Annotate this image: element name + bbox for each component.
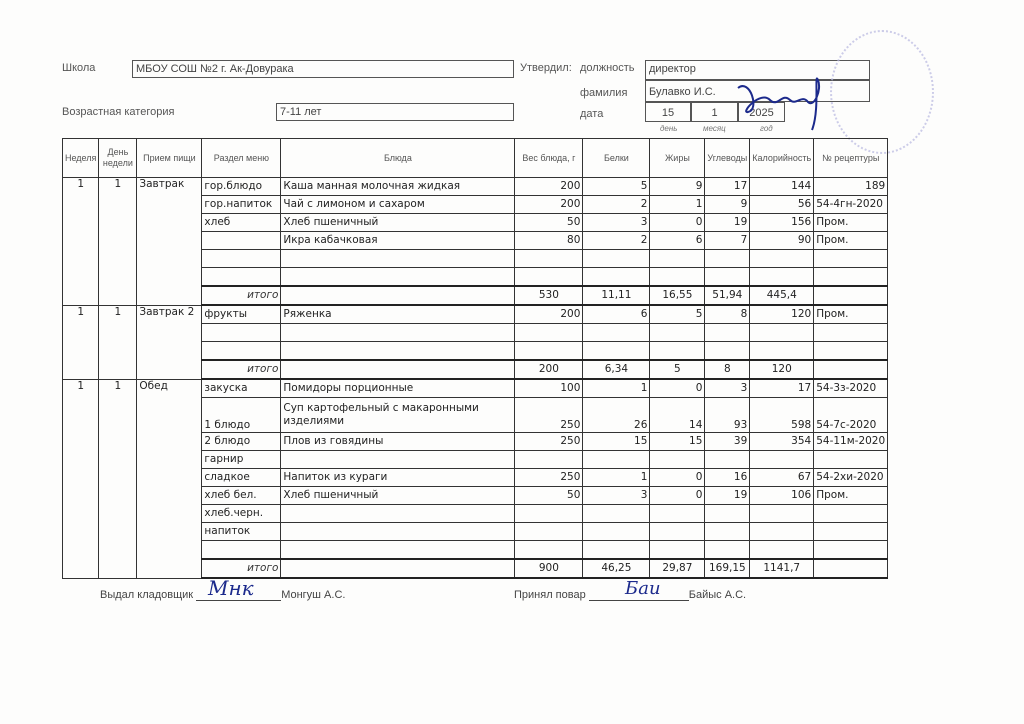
total-kcal: 1141,7	[750, 559, 814, 578]
value-protein: 3	[583, 214, 650, 232]
menu-section: хлеб	[202, 214, 281, 232]
value-protein: 3	[583, 487, 650, 505]
meal-meal: Обед	[137, 379, 202, 578]
dish-name: Суп картофельный с макаронными изделиями	[281, 398, 515, 433]
value-kcal: 67	[750, 469, 814, 487]
total-blank	[281, 286, 515, 305]
value-protein	[583, 250, 650, 268]
table-row: 11ОбедзакускаПомидоры порционные10010317…	[63, 379, 888, 398]
storekeeper-signature-icon: Мнк	[208, 576, 254, 600]
received-name: Байыс А.С.	[689, 589, 746, 601]
value-carbs: 19	[705, 214, 750, 232]
value-fat: 9	[650, 178, 705, 196]
value-fat: 6	[650, 232, 705, 250]
value-carbs	[705, 324, 750, 342]
value-weight: 200	[515, 305, 583, 324]
dish-name	[281, 324, 515, 342]
approved-label: Утвердил:	[520, 62, 572, 74]
value-carbs	[705, 505, 750, 523]
value-fat	[650, 268, 705, 287]
cook-signature-icon: Баи	[625, 578, 661, 599]
issued-name: Монгуш А.С.	[281, 589, 345, 601]
recipe-number	[814, 250, 888, 268]
menu-section	[202, 541, 281, 560]
dish-name: Напиток из кураги	[281, 469, 515, 487]
position-label: должность	[580, 62, 635, 74]
value-kcal: 56	[750, 196, 814, 214]
recipe-number	[814, 324, 888, 342]
dish-name	[281, 451, 515, 469]
table-header-row: НеделяДень неделиПрием пищиРаздел менюБл…	[63, 139, 888, 178]
value-carbs	[705, 268, 750, 287]
value-fat	[650, 523, 705, 541]
menu-section	[202, 342, 281, 361]
value-carbs	[705, 250, 750, 268]
value-fat: 0	[650, 469, 705, 487]
recipe-number: 54-11м-2020	[814, 433, 888, 451]
total-label: итого	[202, 360, 281, 379]
value-carbs: 19	[705, 487, 750, 505]
value-carbs: 7	[705, 232, 750, 250]
value-fat: 14	[650, 398, 705, 433]
value-weight: 50	[515, 214, 583, 232]
value-weight: 250	[515, 469, 583, 487]
date-label: дата	[580, 108, 603, 120]
column-header: Калорийность	[750, 139, 814, 178]
value-protein: 2	[583, 196, 650, 214]
official-stamp-icon	[830, 30, 934, 154]
meal-meal: Завтрак 2	[137, 305, 202, 379]
dish-name: Ряженка	[281, 305, 515, 324]
recipe-number: Пром.	[814, 487, 888, 505]
column-header: Неделя	[63, 139, 99, 178]
value-protein	[583, 342, 650, 361]
recipe-number: Пром.	[814, 214, 888, 232]
menu-section	[202, 268, 281, 287]
value-weight	[515, 541, 583, 560]
dish-name: Помидоры порционные	[281, 379, 515, 398]
menu-section: закуска	[202, 379, 281, 398]
value-protein	[583, 541, 650, 560]
value-fat: 0	[650, 214, 705, 232]
column-header: Прием пищи	[137, 139, 202, 178]
recipe-number: 54-2хи-2020	[814, 469, 888, 487]
value-weight	[515, 342, 583, 361]
value-weight: 250	[515, 398, 583, 433]
menu-section: сладкое	[202, 469, 281, 487]
column-header: Блюда	[281, 139, 515, 178]
meal-meal: Завтрак	[137, 178, 202, 306]
value-fat	[650, 541, 705, 560]
value-carbs: 17	[705, 178, 750, 196]
column-header: Жиры	[650, 139, 705, 178]
value-kcal	[750, 451, 814, 469]
total-carbs: 8	[705, 360, 750, 379]
value-weight	[515, 451, 583, 469]
value-kcal	[750, 324, 814, 342]
value-carbs	[705, 342, 750, 361]
meal-day: 1	[99, 305, 137, 379]
value-fat	[650, 342, 705, 361]
total-blank	[281, 559, 515, 578]
column-header: Белки	[583, 139, 650, 178]
total-blank	[281, 360, 515, 379]
column-header: № рецептуры	[814, 139, 888, 178]
surname-label: фамилия	[580, 87, 627, 99]
value-kcal: 106	[750, 487, 814, 505]
table-row: 11Завтракгор.блюдоКаша манная молочная ж…	[63, 178, 888, 196]
menu-section	[202, 324, 281, 342]
value-carbs: 16	[705, 469, 750, 487]
column-header: Вес блюда, г	[515, 139, 583, 178]
value-weight: 100	[515, 379, 583, 398]
value-carbs: 3	[705, 379, 750, 398]
recipe-number: 54-7с-2020	[814, 398, 888, 433]
recipe-number	[814, 523, 888, 541]
total-carbs: 51,94	[705, 286, 750, 305]
table-row: 11Завтрак 2фруктыРяженка200658120Пром.	[63, 305, 888, 324]
value-kcal	[750, 505, 814, 523]
recipe-number: Пром.	[814, 305, 888, 324]
total-protein: 46,25	[583, 559, 650, 578]
value-weight	[515, 505, 583, 523]
value-protein	[583, 268, 650, 287]
value-kcal: 120	[750, 305, 814, 324]
total-recipe	[814, 360, 888, 379]
value-weight: 200	[515, 178, 583, 196]
total-weight: 200	[515, 360, 583, 379]
dish-name: Хлеб пшеничный	[281, 214, 515, 232]
value-fat	[650, 505, 705, 523]
value-fat: 1	[650, 196, 705, 214]
column-header: Раздел меню	[202, 139, 281, 178]
menu-section: 1 блюдо	[202, 398, 281, 433]
date-day-field: 15	[645, 102, 691, 122]
value-kcal	[750, 541, 814, 560]
total-fat: 16,55	[650, 286, 705, 305]
value-protein: 2	[583, 232, 650, 250]
menu-section	[202, 250, 281, 268]
total-kcal: 445,4	[750, 286, 814, 305]
total-protein: 6,34	[583, 360, 650, 379]
value-carbs: 9	[705, 196, 750, 214]
menu-section: гор.блюдо	[202, 178, 281, 196]
meal-day: 1	[99, 178, 137, 306]
menu-table: НеделяДень неделиПрием пищиРаздел менюБл…	[62, 138, 888, 579]
meal-day: 1	[99, 379, 137, 578]
total-label: итого	[202, 286, 281, 305]
dish-name	[281, 505, 515, 523]
menu-section: 2 блюдо	[202, 433, 281, 451]
dish-name	[281, 268, 515, 287]
total-carbs: 169,15	[705, 559, 750, 578]
value-kcal: 598	[750, 398, 814, 433]
day-caption: день	[660, 124, 677, 133]
value-protein: 1	[583, 469, 650, 487]
value-weight: 80	[515, 232, 583, 250]
value-fat: 15	[650, 433, 705, 451]
value-fat	[650, 451, 705, 469]
value-protein: 6	[583, 305, 650, 324]
total-fat: 29,87	[650, 559, 705, 578]
school-field: МБОУ СОШ №2 г. Ак-Довурака	[132, 60, 514, 78]
total-weight: 530	[515, 286, 583, 305]
value-protein	[583, 523, 650, 541]
value-weight	[515, 268, 583, 287]
menu-section	[202, 232, 281, 250]
value-weight	[515, 523, 583, 541]
value-kcal: 90	[750, 232, 814, 250]
school-label: Школа	[62, 62, 95, 74]
dish-name: Икра кабачковая	[281, 232, 515, 250]
value-carbs	[705, 451, 750, 469]
received-label: Принял повар	[514, 589, 586, 601]
value-kcal	[750, 523, 814, 541]
dish-name: Плов из говядины	[281, 433, 515, 451]
dish-name: Чай с лимоном и сахаром	[281, 196, 515, 214]
value-fat: 0	[650, 379, 705, 398]
value-protein	[583, 324, 650, 342]
total-recipe	[814, 559, 888, 578]
value-protein	[583, 451, 650, 469]
recipe-number	[814, 451, 888, 469]
dish-name	[281, 523, 515, 541]
menu-section: хлеб бел.	[202, 487, 281, 505]
total-weight: 900	[515, 559, 583, 578]
value-protein: 1	[583, 379, 650, 398]
value-protein: 5	[583, 178, 650, 196]
value-kcal	[750, 250, 814, 268]
value-weight: 200	[515, 196, 583, 214]
menu-section: гарнир	[202, 451, 281, 469]
value-carbs	[705, 541, 750, 560]
value-fat: 0	[650, 487, 705, 505]
total-kcal: 120	[750, 360, 814, 379]
recipe-number	[814, 541, 888, 560]
dish-name	[281, 541, 515, 560]
value-protein	[583, 505, 650, 523]
column-header: Углеводы	[705, 139, 750, 178]
value-kcal	[750, 268, 814, 287]
value-weight	[515, 324, 583, 342]
recipe-number: Пром.	[814, 232, 888, 250]
recipe-number	[814, 505, 888, 523]
meal-week: 1	[63, 379, 99, 578]
recipe-number	[814, 342, 888, 361]
recipe-number	[814, 268, 888, 287]
dish-name	[281, 250, 515, 268]
value-carbs: 93	[705, 398, 750, 433]
value-fat	[650, 324, 705, 342]
value-fat: 5	[650, 305, 705, 324]
recipe-number: 189	[814, 178, 888, 196]
month-caption: месяц	[703, 124, 726, 133]
value-carbs: 8	[705, 305, 750, 324]
value-carbs: 39	[705, 433, 750, 451]
issued-label: Выдал кладовщик	[100, 589, 193, 601]
total-fat: 5	[650, 360, 705, 379]
value-kcal: 156	[750, 214, 814, 232]
value-kcal: 17	[750, 379, 814, 398]
dish-name: Каша манная молочная жидкая	[281, 178, 515, 196]
total-protein: 11,11	[583, 286, 650, 305]
menu-section: хлеб.черн.	[202, 505, 281, 523]
meal-week: 1	[63, 305, 99, 379]
menu-section: гор.напиток	[202, 196, 281, 214]
menu-section: напиток	[202, 523, 281, 541]
age-category-field: 7-11 лет	[276, 103, 514, 121]
value-kcal: 144	[750, 178, 814, 196]
value-kcal	[750, 342, 814, 361]
value-carbs	[705, 523, 750, 541]
value-protein: 26	[583, 398, 650, 433]
age-category-label: Возрастная категория	[62, 106, 174, 118]
value-kcal: 354	[750, 433, 814, 451]
column-header: День недели	[99, 139, 137, 178]
menu-section: фрукты	[202, 305, 281, 324]
value-weight	[515, 250, 583, 268]
value-fat	[650, 250, 705, 268]
recipe-number: 54-4гн-2020	[814, 196, 888, 214]
meal-week: 1	[63, 178, 99, 306]
dish-name: Хлеб пшеничный	[281, 487, 515, 505]
value-protein: 15	[583, 433, 650, 451]
dish-name	[281, 342, 515, 361]
total-recipe	[814, 286, 888, 305]
recipe-number: 54-3з-2020	[814, 379, 888, 398]
value-weight: 50	[515, 487, 583, 505]
value-weight: 250	[515, 433, 583, 451]
